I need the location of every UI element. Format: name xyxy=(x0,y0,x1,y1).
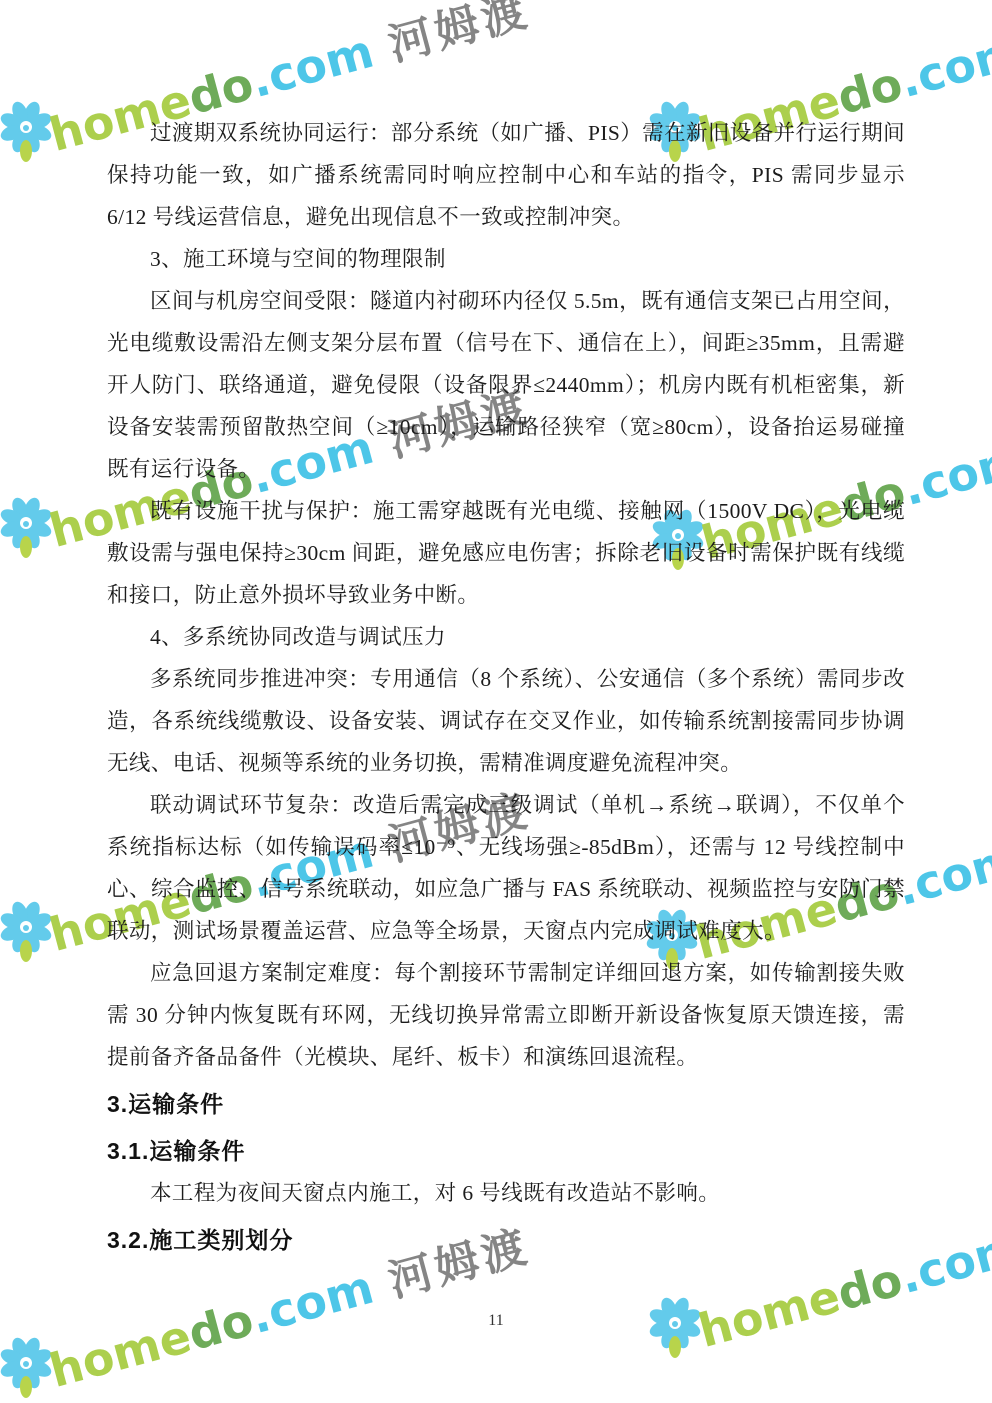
document-content: 过渡期双系统协同运行：部分系统（如广播、PIS）需在新旧设备并行运行期间保持功能… xyxy=(107,112,905,1261)
homedo-flower-icon xyxy=(0,1334,56,1400)
paragraph-space-limitation: 区间与机房空间受限：隧道内衬砌环内径仅 5.5m，既有通信支架已占用空间，光电缆… xyxy=(107,280,905,490)
page-number: 11 xyxy=(0,1312,992,1330)
paragraph-rollback-plan: 应急回退方案制定难度：每个割接环节需制定详细回退方案，如传输割接失败需 30 分… xyxy=(107,952,905,1078)
subsection-heading-construction-category: 3.2.施工类别划分 xyxy=(107,1219,905,1261)
paragraph-joint-debugging: 联动调试环节复杂：改造后需完成三级调试（单机→系统→联调），不仅单个系统指标达标… xyxy=(107,784,905,952)
section-heading-transport-conditions: 3.运输条件 xyxy=(107,1083,905,1125)
watermark-cn: 河姆渡 xyxy=(383,0,535,71)
paragraph-multi-system-conflict: 多系统同步推进冲突：专用通信（8 个系统）、公安通信（多个系统）需同步改造，各系… xyxy=(107,658,905,784)
watermark-com: .com xyxy=(245,24,379,108)
homedo-flower-icon xyxy=(0,898,56,964)
paragraph-night-window-construction: 本工程为夜间天窗点内施工，对 6 号线既有改造站不影响。 xyxy=(107,1172,905,1214)
subheading-multi-system-pressure: 4、多系统协同改造与调试压力 xyxy=(107,616,905,658)
paragraph-dual-system-transition: 过渡期双系统协同运行：部分系统（如广播、PIS）需在新旧设备并行运行期间保持功能… xyxy=(107,112,905,238)
subheading-construction-environment: 3、施工环境与空间的物理限制 xyxy=(107,238,905,280)
document-page: homedo.com河姆渡 homedo.com河姆渡 homedo.com河姆… xyxy=(0,0,992,1403)
homedo-flower-icon xyxy=(0,98,56,164)
paragraph-existing-facility-protection: 既有设施干扰与保护：施工需穿越既有光电缆、接触网（1500V DC），光电缆敷设… xyxy=(107,490,905,616)
homedo-flower-icon xyxy=(0,494,56,560)
subsection-heading-transport-conditions: 3.1.运输条件 xyxy=(107,1130,905,1172)
